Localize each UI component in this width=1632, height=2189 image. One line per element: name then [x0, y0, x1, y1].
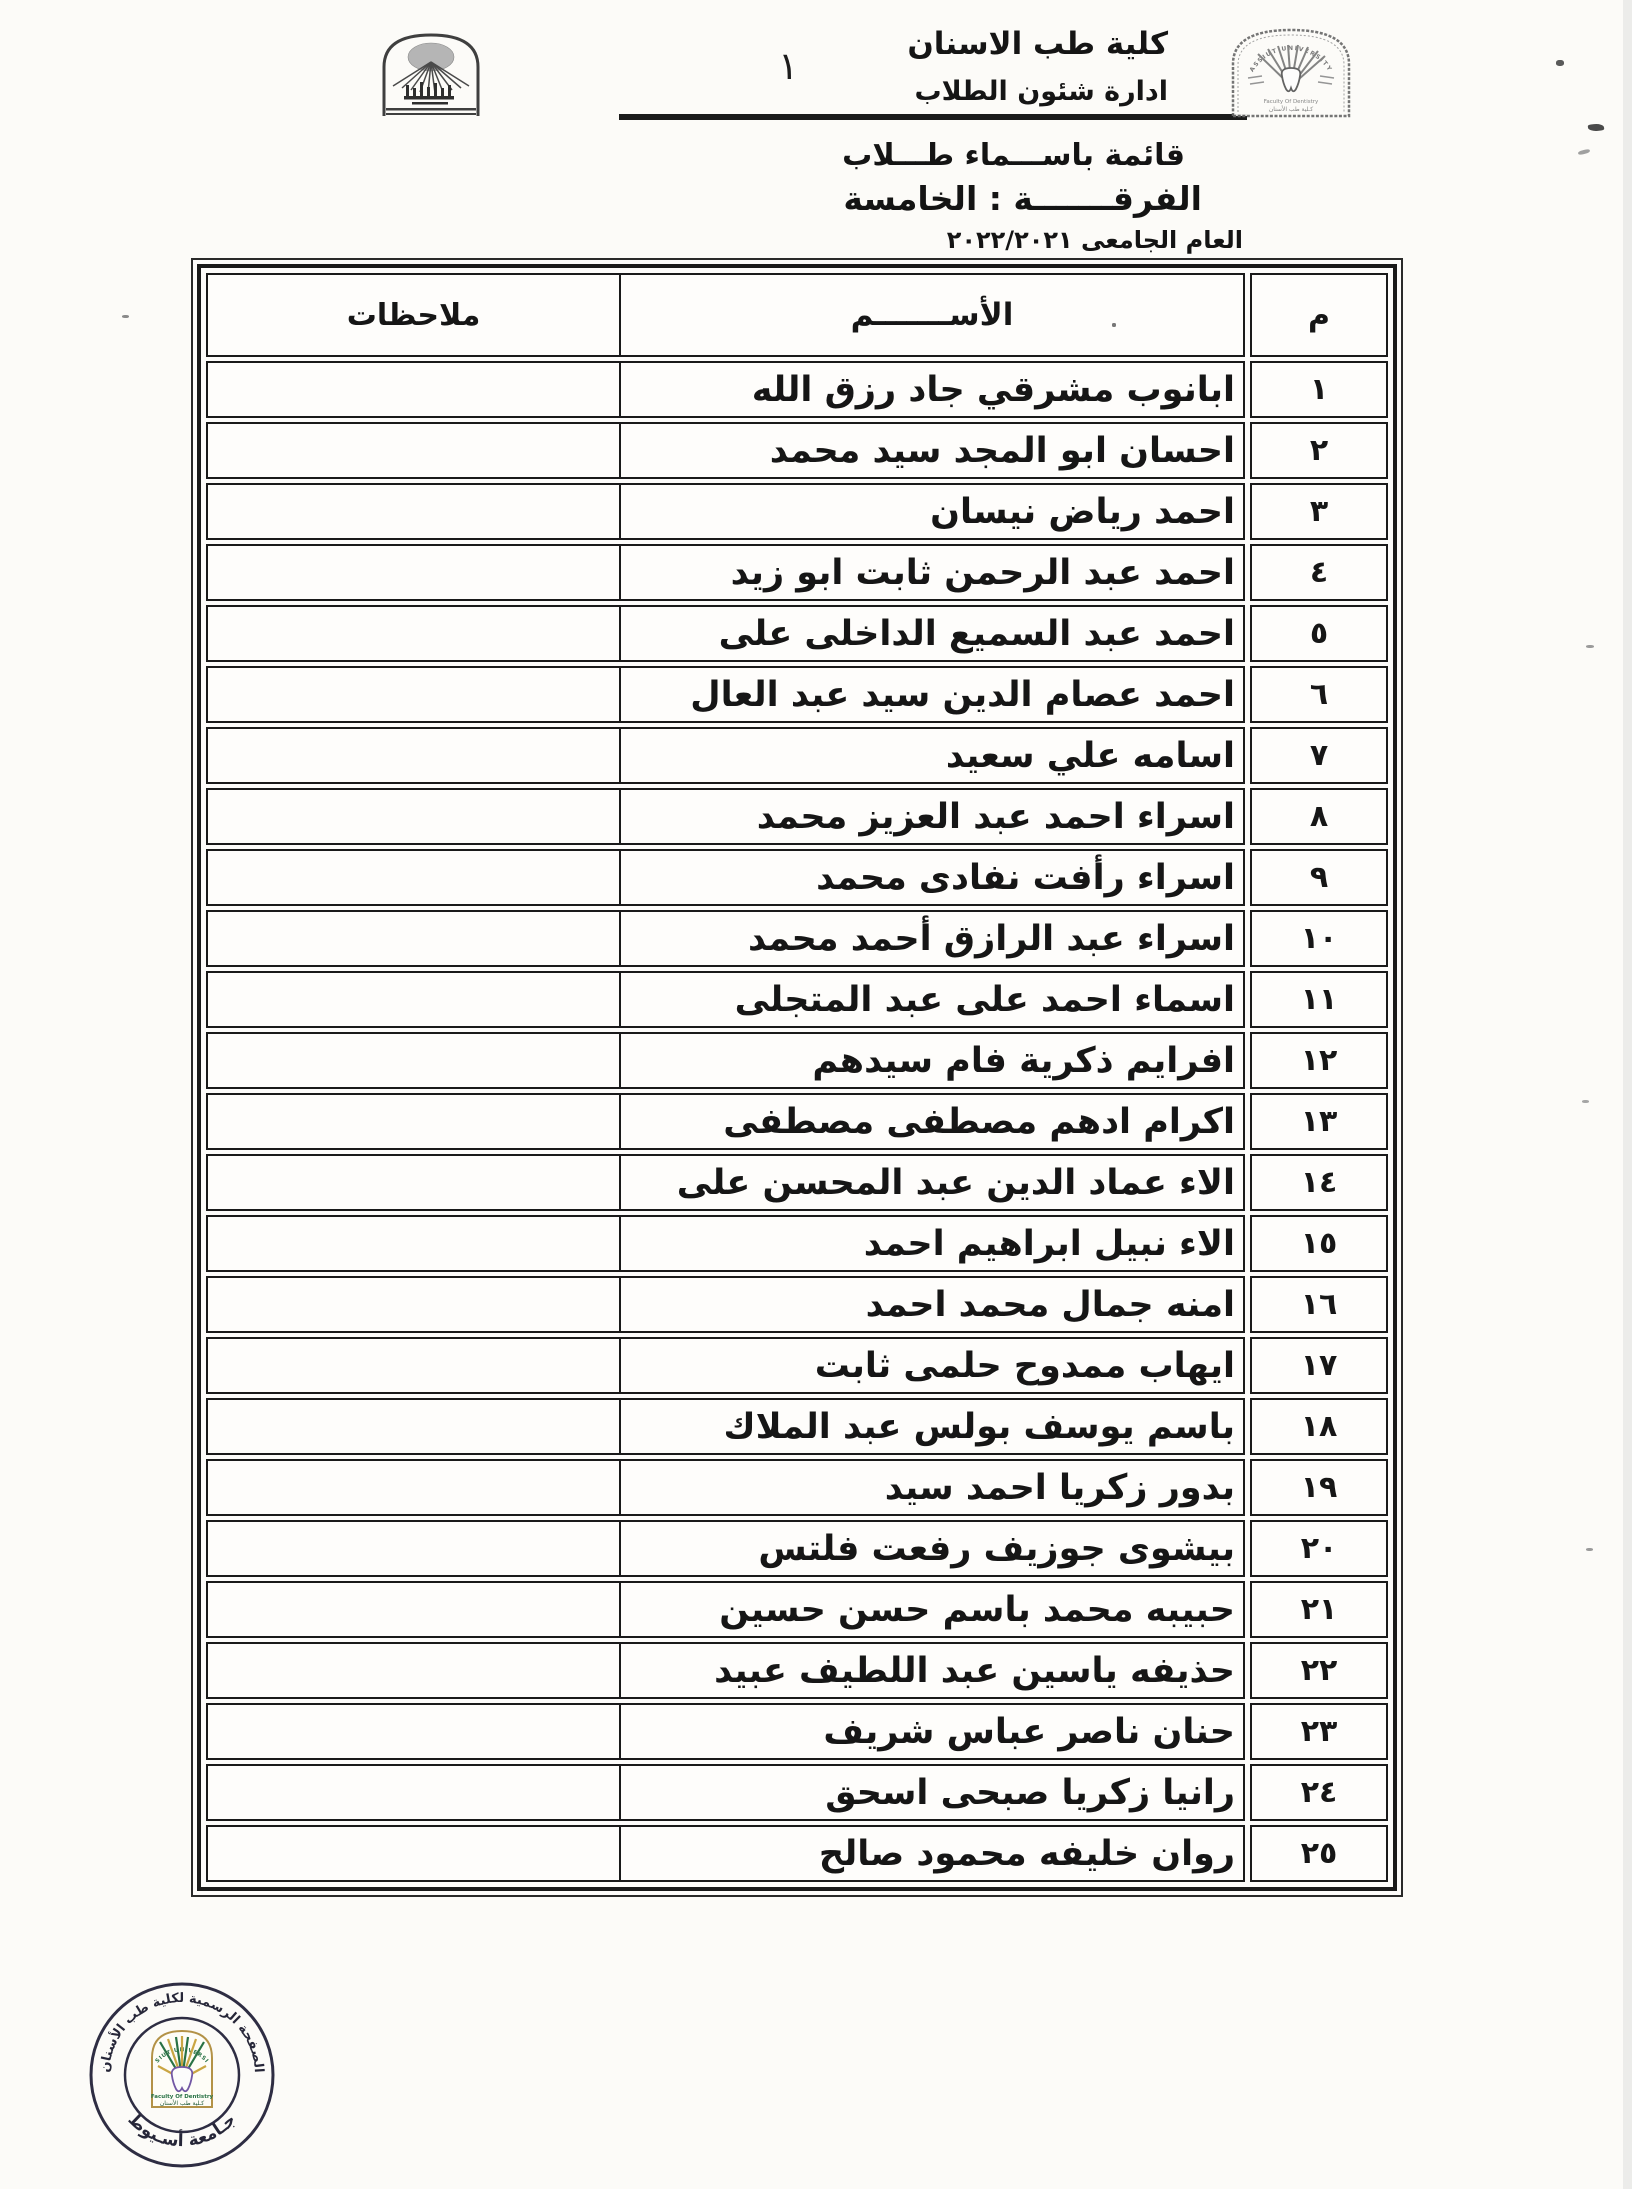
scan-artifact: [1586, 1548, 1593, 1551]
notes-cell: [208, 485, 619, 538]
header-rule: [619, 114, 1247, 120]
tooth-icon: [172, 2067, 193, 2091]
student-name-cell: اكرام ادهم مصطفى مصطفى: [619, 1095, 1243, 1148]
row-serial: ١٩: [1301, 1470, 1338, 1505]
student-name: افرايم ذكرية فام سيدهم: [812, 1041, 1235, 1081]
row-serial: ٥: [1310, 616, 1328, 651]
student-name: ايهاب ممدوح حلمى ثابت: [815, 1346, 1235, 1386]
notes-cell: [208, 1461, 619, 1514]
student-name-cell: احمد عصام الدين سيد عبد العال: [619, 668, 1243, 721]
table-row: ١ ابانوب مشرقي جاد رزق الله: [206, 361, 1388, 418]
table-row: ٢ احسان ابو المجد سيد محمد: [206, 422, 1388, 479]
student-name: بيشوى جوزيف رفعت فلتس: [758, 1529, 1235, 1569]
department-name: ادارة شئون الطلاب: [907, 76, 1168, 107]
notes-cell: [208, 851, 619, 904]
assiut-university-gate-logo: [378, 30, 484, 120]
row-serial: ٩: [1310, 860, 1328, 895]
student-name-cell: ايهاب ممدوح حلمى ثابت: [619, 1339, 1243, 1392]
row-serial: ١٧: [1301, 1348, 1338, 1383]
table-row: ٩ اسراء رأفت نفادى محمد: [206, 849, 1388, 906]
faculty-name: كلية طب الاسنان: [907, 26, 1168, 62]
student-name-cell: اسراء احمد عبد العزيز محمد: [619, 790, 1243, 843]
notes-cell: [208, 790, 619, 843]
row-serial: ١٤: [1301, 1165, 1338, 1200]
table-row: ٤ احمد عبد الرحمن ثابت ابو زيد: [206, 544, 1388, 601]
row-serial-cell: ٢٤: [1250, 1764, 1388, 1821]
scan-artifact: [1578, 149, 1591, 156]
row-serial-cell: ١٨: [1250, 1398, 1388, 1455]
table-row: ١٦ امنه جمال محمد احمد: [206, 1276, 1388, 1333]
row-serial-cell: ١٤: [1250, 1154, 1388, 1211]
student-name-cell: بيشوى جوزيف رفعت فلتس: [619, 1522, 1243, 1575]
table-row: ١٩ بدور زكريا احمد سيد: [206, 1459, 1388, 1516]
student-name: اسراء عبد الرازق أحمد محمد: [748, 919, 1235, 959]
row-serial: ٢: [1310, 433, 1328, 468]
header-block: كلية طب الاسنان ادارة شئون الطلاب: [907, 26, 1168, 107]
row-serial: ١: [1310, 372, 1328, 407]
student-name: اسراء احمد عبد العزيز محمد: [757, 797, 1235, 837]
table-row: ٥ احمد عبد السميع الداخلى على: [206, 605, 1388, 662]
stamp-line2: كـلية طب الأسنان: [1269, 105, 1313, 113]
svg-text:جـامعة أسـيوط: جـامعة أسـيوط: [124, 2110, 240, 2152]
table-row: ١٢ افرايم ذكرية فام سيدهم: [206, 1032, 1388, 1089]
student-name: الاء عماد الدين عبد المحسن على: [677, 1163, 1235, 1203]
scanned-document-page: ١ كلية طب الاسنان ادارة شئون الطلاب ASSI…: [0, 0, 1632, 2189]
student-name: احمد عبد السميع الداخلى على: [719, 614, 1235, 654]
row-serial-cell: ١٥: [1250, 1215, 1388, 1272]
student-name: احمد عبد الرحمن ثابت ابو زيد: [731, 553, 1235, 593]
student-name: روان خليفه محمود صالح: [819, 1834, 1235, 1874]
student-name-cell: اسراء رأفت نفادى محمد: [619, 851, 1243, 904]
row-serial-cell: ٥: [1250, 605, 1388, 662]
student-name-cell: اسامه علي سعيد: [619, 729, 1243, 782]
official-round-stamp: الصفحة الرسمية لكلية طب الأسنان جـامعة أ…: [84, 1976, 280, 2174]
row-serial-cell: ٢١: [1250, 1581, 1388, 1638]
student-name: باسم يوسف بولس عبد الملاك: [724, 1407, 1235, 1447]
notes-cell: [208, 1644, 619, 1697]
row-serial-cell: ٢: [1250, 422, 1388, 479]
notes-cell: [208, 1278, 619, 1331]
student-name: اسراء رأفت نفادى محمد: [816, 858, 1235, 898]
student-name-cell: ابانوب مشرقي جاد رزق الله: [619, 363, 1243, 416]
student-name: حذيفه ياسين عبد اللطيف عبيد: [714, 1651, 1235, 1691]
scan-edge-shadow: [1623, 0, 1632, 2189]
row-serial: ٢٠: [1301, 1531, 1338, 1566]
row-serial-cell: ٩: [1250, 849, 1388, 906]
notes-cell: [208, 1400, 619, 1453]
notes-cell: [208, 1156, 619, 1209]
table-row: ٢٤ رانيا زكريا صبحى اسحق: [206, 1764, 1388, 1821]
notes-cell: [208, 363, 619, 416]
table-row: ٣ احمد رياض نيسان: [206, 483, 1388, 540]
table-row: ١٥ الاء نبيل ابراهيم احمد: [206, 1215, 1388, 1272]
student-name-cell: روان خليفه محمود صالح: [619, 1827, 1243, 1880]
row-serial-cell: ٢٠: [1250, 1520, 1388, 1577]
student-name: امنه جمال محمد احمد: [866, 1285, 1235, 1325]
row-serial-cell: ٢٢: [1250, 1642, 1388, 1699]
academic-year: العام الجامعى ٢٠٢٢/٢٠٢١: [947, 226, 1243, 254]
row-serial-cell: ١٧: [1250, 1337, 1388, 1394]
students-table: م الأســـــــم ملاحظات ١ ابانوب مشرقي جا…: [191, 258, 1403, 1897]
student-name-cell: حبيبه محمد باسم حسن حسين: [619, 1583, 1243, 1636]
student-name: احسان ابو المجد سيد محمد: [770, 431, 1235, 471]
row-serial-cell: ١٦: [1250, 1276, 1388, 1333]
row-serial-cell: ٣: [1250, 483, 1388, 540]
student-name: حنان ناصر عباس شريف: [823, 1712, 1235, 1752]
table-row: ٧ اسامه علي سعيد: [206, 727, 1388, 784]
tooth-icon: [1282, 68, 1301, 91]
student-name: رانيا زكريا صبحى اسحق: [825, 1773, 1235, 1813]
table-row: ١٠ اسراء عبد الرازق أحمد محمد: [206, 910, 1388, 967]
faculty-of-dentistry-stamp: ASSIUT UNIVERSITY Faculty Of Dentistry ك…: [1228, 24, 1354, 120]
row-serial: ١٥: [1301, 1226, 1338, 1261]
row-serial-cell: ٢٥: [1250, 1825, 1388, 1882]
row-serial-cell: ١٣: [1250, 1093, 1388, 1150]
name-column-header: الأســـــــم: [619, 275, 1243, 355]
row-serial: ٢٥: [1301, 1836, 1338, 1871]
serial-column-header: م: [1250, 273, 1388, 357]
table-row: ٢٢ حذيفه ياسين عبد اللطيف عبيد: [206, 1642, 1388, 1699]
row-serial-cell: ١: [1250, 361, 1388, 418]
stamp-line1: Faculty Of Dentistry: [1264, 99, 1319, 105]
row-serial: ٤: [1310, 555, 1328, 590]
table-row: ٢٣ حنان ناصر عباس شريف: [206, 1703, 1388, 1760]
notes-cell: [208, 668, 619, 721]
table-row: ١٨ باسم يوسف بولس عبد الملاك: [206, 1398, 1388, 1455]
row-serial-cell: ١٢: [1250, 1032, 1388, 1089]
row-serial-cell: ٨: [1250, 788, 1388, 845]
student-name-cell: رانيا زكريا صبحى اسحق: [619, 1766, 1243, 1819]
row-serial: ٢١: [1301, 1592, 1338, 1627]
row-serial-cell: ٧: [1250, 727, 1388, 784]
notes-cell: [208, 607, 619, 660]
row-serial: ١٦: [1301, 1287, 1338, 1322]
rays-icon: [393, 62, 469, 93]
student-name-cell: بدور زكريا احمد سيد: [619, 1461, 1243, 1514]
student-name-cell: حذيفه ياسين عبد اللطيف عبيد: [619, 1644, 1243, 1697]
row-serial-cell: ١٩: [1250, 1459, 1388, 1516]
row-serial: ٧: [1310, 738, 1328, 773]
notes-column-header: ملاحظات: [208, 275, 619, 355]
student-name-cell: افرايم ذكرية فام سيدهم: [619, 1034, 1243, 1087]
row-serial: ١٨: [1301, 1409, 1338, 1444]
row-serial: ٢٢: [1301, 1653, 1338, 1688]
student-name: اسماء احمد على عبد المتجلى: [735, 980, 1235, 1020]
table-row: ٢٠ بيشوى جوزيف رفعت فلتس: [206, 1520, 1388, 1577]
row-serial: ١١: [1301, 982, 1338, 1017]
student-name: احمد عصام الدين سيد عبد العال: [690, 675, 1235, 715]
row-serial-cell: ٦: [1250, 666, 1388, 723]
page-number: ١: [778, 44, 798, 88]
table-row: ١١ اسماء احمد على عبد المتجلى: [206, 971, 1388, 1028]
row-serial: ٣: [1310, 494, 1328, 529]
notes-cell: [208, 1766, 619, 1819]
notes-cell: [208, 1705, 619, 1758]
table-row: ١٧ ايهاب ممدوح حلمى ثابت: [206, 1337, 1388, 1394]
student-name-cell: حنان ناصر عباس شريف: [619, 1705, 1243, 1758]
table-row: ٢١ حبيبه محمد باسم حسن حسين: [206, 1581, 1388, 1638]
table-row: ٦ احمد عصام الدين سيد عبد العال: [206, 666, 1388, 723]
notes-cell: [208, 546, 619, 599]
student-name-cell: اسماء احمد على عبد المتجلى: [619, 973, 1243, 1026]
notes-cell: [208, 1827, 619, 1880]
table-row: ١٣ اكرام ادهم مصطفى مصطفى: [206, 1093, 1388, 1150]
student-name: احمد رياض نيسان: [930, 492, 1235, 532]
notes-cell: [208, 1217, 619, 1270]
notes-cell: [208, 729, 619, 782]
student-name: ابانوب مشرقي جاد رزق الله: [752, 370, 1235, 410]
student-name-cell: احسان ابو المجد سيد محمد: [619, 424, 1243, 477]
row-serial: ١٣: [1301, 1104, 1338, 1139]
scan-artifact: [1556, 60, 1564, 66]
scan-artifact: [1586, 645, 1594, 648]
stamp-center-line2: كـلية طب الأسنان: [160, 2099, 204, 2107]
grade-line: الفرقـــــــة : الخامسة: [843, 179, 1202, 218]
row-serial: ٨: [1310, 799, 1328, 834]
student-name-cell: اسراء عبد الرازق أحمد محمد: [619, 912, 1243, 965]
table-row: ٢٥ روان خليفه محمود صالح: [206, 1825, 1388, 1882]
student-name-cell: احمد عبد الرحمن ثابت ابو زيد: [619, 546, 1243, 599]
row-serial: ٢٤: [1301, 1775, 1338, 1810]
notes-cell: [208, 1095, 619, 1148]
notes-cell: [208, 973, 619, 1026]
scan-artifact: [1588, 123, 1605, 132]
student-name: اسامه علي سعيد: [946, 736, 1235, 776]
notes-cell: [208, 1034, 619, 1087]
row-serial-cell: ١١: [1250, 971, 1388, 1028]
table-row: ٨ اسراء احمد عبد العزيز محمد: [206, 788, 1388, 845]
student-name: بدور زكريا احمد سيد: [885, 1468, 1235, 1508]
table-header-row: م الأســـــــم ملاحظات: [206, 273, 1388, 357]
row-serial-cell: ١٠: [1250, 910, 1388, 967]
row-serial: ١٢: [1301, 1043, 1338, 1078]
notes-cell: [208, 1583, 619, 1636]
student-name-cell: الاء نبيل ابراهيم احمد: [619, 1217, 1243, 1270]
student-name: اكرام ادهم مصطفى مصطفى: [723, 1102, 1235, 1142]
notes-cell: [208, 1522, 619, 1575]
row-serial: ٢٣: [1301, 1714, 1338, 1749]
list-title: قائمة باســـماء طـــلاب: [842, 138, 1185, 173]
student-name-cell: احمد عبد السميع الداخلى على: [619, 607, 1243, 660]
student-name-cell: احمد رياض نيسان: [619, 485, 1243, 538]
scan-artifact: [1582, 1100, 1589, 1103]
student-name-cell: الاء عماد الدين عبد المحسن على: [619, 1156, 1243, 1209]
notes-cell: [208, 912, 619, 965]
student-name: الاء نبيل ابراهيم احمد: [864, 1224, 1235, 1264]
student-name: حبيبه محمد باسم حسن حسين: [719, 1590, 1235, 1630]
row-serial-cell: ٢٣: [1250, 1703, 1388, 1760]
notes-cell: [208, 1339, 619, 1392]
notes-cell: [208, 424, 619, 477]
table-row: ١٤ الاء عماد الدين عبد المحسن على: [206, 1154, 1388, 1211]
student-name-cell: باسم يوسف بولس عبد الملاك: [619, 1400, 1243, 1453]
student-name-cell: امنه جمال محمد احمد: [619, 1278, 1243, 1331]
row-serial: ٦: [1310, 677, 1328, 712]
stamp-bottom-text: جـامعة أسـيوط: [124, 2110, 240, 2152]
row-serial: ١٠: [1301, 921, 1338, 956]
scan-artifact: [122, 315, 129, 318]
scan-artifact: [1112, 323, 1116, 327]
row-serial-cell: ٤: [1250, 544, 1388, 601]
